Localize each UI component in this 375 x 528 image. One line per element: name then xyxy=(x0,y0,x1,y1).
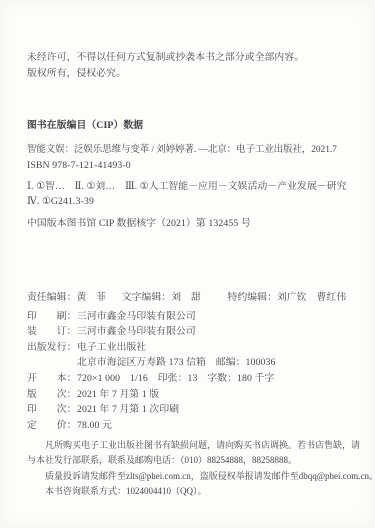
special-editor-label: 特约编辑： xyxy=(228,292,277,303)
responsible-editor-name: 黄 菲 xyxy=(76,292,106,303)
special-editor-name: 刘广钦 曹红伟 xyxy=(277,292,346,303)
cip-data-block: 图书在版编目（CIP）数据 智能文娱：泛娱乐思维与变革 / 刘婷婷著. —北京：… xyxy=(27,118,361,231)
imprint-row-printer: 印 刷：三河市鑫金马印装有限公司 xyxy=(27,309,346,325)
cip-record: 智能文娱：泛娱乐思维与变革 / 刘婷婷著. —北京：电子工业出版社，2021.7 xyxy=(27,143,361,159)
imprint-row-address: 北京市海淀区万寿路 173 信箱 邮编：100036 xyxy=(27,355,346,371)
responsible-editor-label: 责任编辑： xyxy=(27,292,76,303)
book-copyright-page: 未经许可，不得以任何方式复制或抄袭本书之部分或全部内容。 版权所有，侵权必究。 … xyxy=(0,0,375,528)
service-note-line-2: 与本社发行部联系，联系及邮购电话：（010）88254888，88258888。 xyxy=(27,453,361,468)
imprint-row-price: 定 价：78.00 元 xyxy=(27,418,346,434)
service-note-block: 凡所购买电子工业出版社图书有缺损问题，请向购买书店调换。若书店售缺，请 与本社发… xyxy=(27,438,361,500)
imprint-row-format: 开 本：720×1 000 1/16 印张：13 字数：180 千字 xyxy=(27,371,346,387)
text-editor-label: 文字编辑： xyxy=(122,292,171,303)
imprint-row-edition: 版 次：2021 年 7 月第 1 版 xyxy=(27,387,346,403)
imprint-row-printing: 印 次：2021 年 7 月第 1 次印刷 xyxy=(27,402,346,418)
cip-heading: 图书在版编目（CIP）数据 xyxy=(27,118,361,134)
cip-classification-1: Ⅰ. ①智… Ⅱ. ①刘… Ⅲ. ①人工智能－应用－文娱活动－产业发展－研究 xyxy=(27,179,361,195)
service-note-line-4: 本书咨询联系方式：1024004410（QQ）。 xyxy=(27,484,361,499)
imprint-block: 责任编辑：黄 菲 文字编辑：刘 甜 特约编辑：刘广钦 曹红伟 印 刷：三河市鑫金… xyxy=(27,290,346,433)
imprint-row-binder: 装 订：三河市鑫金马印装有限公司 xyxy=(27,324,346,340)
cip-registry-number: 中国版本图书馆 CIP 数据核字（2021）第 132455 号 xyxy=(27,216,361,232)
cip-classification-2: Ⅳ. ①G241.3-39 xyxy=(27,194,361,210)
imprint-row-publisher: 出版发行：电子工业出版社 xyxy=(27,340,346,356)
notice-line-2: 版权所有，侵权必究。 xyxy=(27,66,304,82)
copyright-notice: 未经许可，不得以任何方式复制或抄袭本书之部分或全部内容。 版权所有，侵权必究。 xyxy=(27,50,304,81)
service-note-line-3: 质量投诉请发邮件至zlts@phei.com.cn，盗版侵权举报请发邮件至dbq… xyxy=(27,469,361,484)
service-note-line-1: 凡所购买电子工业出版社图书有缺损问题，请向购买书店调换。若书店售缺，请 xyxy=(27,438,361,453)
editors-row: 责任编辑：黄 菲 文字编辑：刘 甜 特约编辑：刘广钦 曹红伟 xyxy=(27,290,346,306)
text-editor-name: 刘 甜 xyxy=(171,292,201,303)
notice-line-1: 未经许可，不得以任何方式复制或抄袭本书之部分或全部内容。 xyxy=(27,50,304,66)
cip-isbn: ISBN 978-7-121-41493-0 xyxy=(27,158,361,174)
